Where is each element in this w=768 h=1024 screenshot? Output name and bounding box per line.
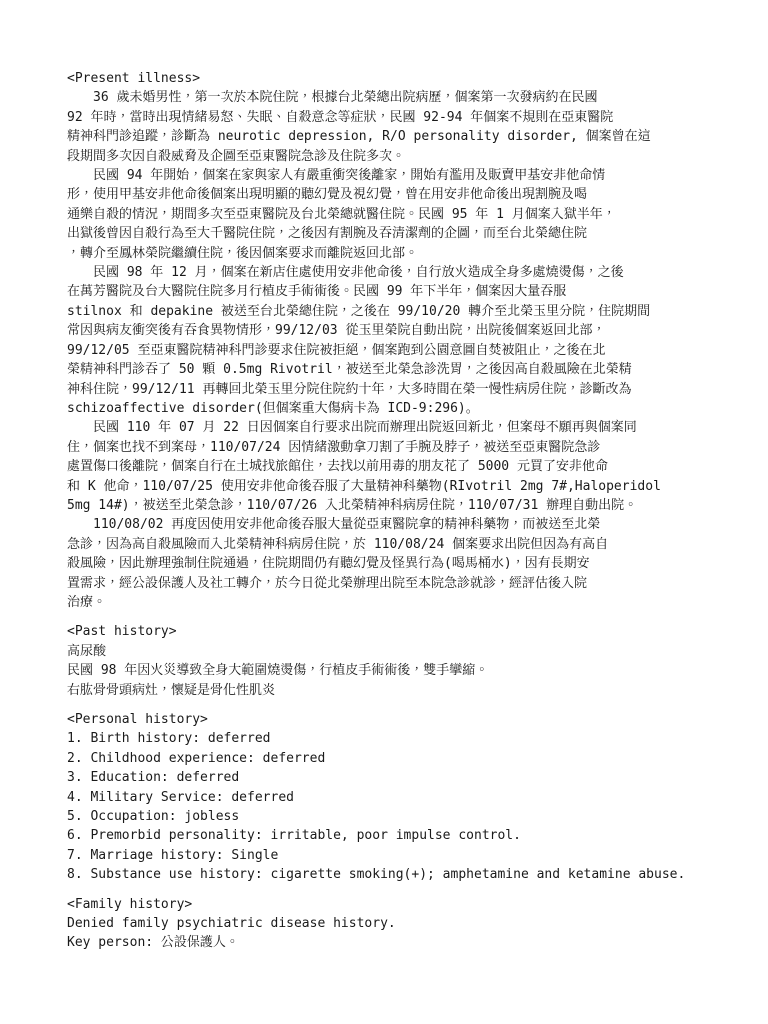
text-line: 7. Marriage history: Single bbox=[67, 846, 744, 865]
text-line: schizoaffective disorder(但個案重大傷病卡為 ICD-9… bbox=[67, 399, 744, 418]
section-personal-history: <Personal history>1. Birth history: defe… bbox=[67, 710, 744, 885]
text-line: 36 歲未婚男性，第一次於本院住院，根據台北榮總出院病歷，個案第一次發病約在民國 bbox=[67, 88, 744, 107]
text-line: 通樂自殺的情況，期間多次至亞東醫院及台北榮總就醫住院。民國 95 年 1 月個案… bbox=[67, 205, 744, 224]
section-present-illness: <Present illness> 36 歲未婚男性，第一次於本院住院，根據台北… bbox=[67, 69, 744, 612]
text-line: 民國 94 年開始，個案在家與家人有嚴重衝突後離家，開始有濫用及販賣甲基安非他命… bbox=[67, 166, 744, 185]
text-line: 出獄後曾因自殺行為至大千醫院住院，之後因有割腕及吞清潔劑的企圖，而至台北榮總住院 bbox=[67, 224, 744, 243]
section-past-history: <Past history>高尿酸民國 98 年因火災導致全身大範圍燒燙傷，行植… bbox=[67, 622, 744, 700]
text-line: ，轉介至鳳林榮院繼續住院，後因個案要求而離院返回北部。 bbox=[67, 244, 744, 263]
section-title-past-history: <Past history> bbox=[67, 622, 744, 641]
section-family-history: <Family history>Denied family psychiatri… bbox=[67, 895, 744, 953]
text-line: 5. Occupation: jobless bbox=[67, 807, 744, 826]
text-line: 4. Military Service: deferred bbox=[67, 788, 744, 807]
text-line: 置需求，經公設保護人及社工轉介，於今日從北榮辦理出院至本院急診就診，經評估後入院 bbox=[67, 574, 744, 593]
text-line: 民國 98 年 12 月，個案在新店住處使用安非他命後，自行放火造成全身多處燒燙… bbox=[67, 263, 744, 282]
text-line: 民國 98 年因火災導致全身大範圍燒燙傷，行植皮手術術後，雙手攣縮。 bbox=[67, 661, 744, 680]
text-line: 2. Childhood experience: deferred bbox=[67, 749, 744, 768]
text-line: 治療。 bbox=[67, 593, 744, 612]
section-title-personal-history: <Personal history> bbox=[67, 710, 744, 729]
text-line: Denied family psychiatric disease histor… bbox=[67, 914, 744, 933]
text-line: 常因與病友衝突後有吞食異物情形，99/12/03 從玉里榮院自動出院，出院後個案… bbox=[67, 321, 744, 340]
text-line: 和 K 他命，110/07/25 使用安非他命後吞服了大量精神科藥物(RIvot… bbox=[67, 477, 744, 496]
text-line: 高尿酸 bbox=[67, 642, 744, 661]
text-line: 99/12/05 至亞東醫院精神科門診要求住院被拒絕，個案跑到公園意圖自焚被阻止… bbox=[67, 341, 744, 360]
text-line: 形，使用甲基安非他命後個案出現明顯的聽幻覺及視幻覺，曾在用安非他命後出現割腕及喝 bbox=[67, 185, 744, 204]
text-line: 92 年時，當時出現情緒易怒、失眠、自殺意念等症狀，民國 92-94 年個案不規… bbox=[67, 108, 744, 127]
text-line: 在萬芳醫院及台大醫院住院多月行植皮手術術後。民國 99 年下半年，個案因大量吞服 bbox=[67, 282, 744, 301]
text-line: 5mg 14#)，被送至北榮急診，110/07/26 入北榮精神科病房住院，11… bbox=[67, 496, 744, 515]
text-line: 急診，因為高自殺風險而入北榮精神科病房住院，於 110/08/24 個案要求出院… bbox=[67, 535, 744, 554]
text-line: 民國 110 年 07 月 22 日因個案自行要求出院而辦理出院返回新北，但案母… bbox=[67, 418, 744, 437]
text-line: 段期間多次因自殺威脅及企圖至亞東醫院急診及住院多次。 bbox=[67, 147, 744, 166]
text-line: 殺風險，因此辦理強制住院通過，住院期間仍有聽幻覺及怪異行為(喝馬桶水)，因有長期… bbox=[67, 554, 744, 573]
text-line: 榮精神科門診吞了 50 顆 0.5mg Rivotril，被送至北榮急診洗胃，之… bbox=[67, 360, 744, 379]
text-line: 8. Substance use history: cigarette smok… bbox=[67, 865, 744, 884]
text-line: 住，個案也找不到案母，110/07/24 因情緒激動拿刀割了手腕及脖子，被送至亞… bbox=[67, 438, 744, 457]
text-line: 處置傷口後離院，個案自行在土城找旅館住，去找以前用毒的朋友花了 5000 元買了… bbox=[67, 457, 744, 476]
text-line: 110/08/02 再度因使用安非他命後吞服大量從亞東醫院拿的精神科藥物，而被送… bbox=[67, 515, 744, 534]
text-line: 6. Premorbid personality: irritable, poo… bbox=[67, 826, 744, 845]
section-title-present-illness: <Present illness> bbox=[67, 69, 744, 88]
text-line: 神科住院，99/12/11 再轉回北榮玉里分院住院約十年，大多時間在榮一慢性病房… bbox=[67, 380, 744, 399]
document-page: <Present illness> 36 歲未婚男性，第一次於本院住院，根據台北… bbox=[0, 0, 768, 1024]
section-title-family-history: <Family history> bbox=[67, 895, 744, 914]
text-line: Key person: 公設保護人。 bbox=[67, 933, 744, 952]
text-line: 右肱骨骨頭病灶，懷疑是骨化性肌炎 bbox=[67, 681, 744, 700]
text-line: 精神科門診追蹤，診斷為 neurotic depression, R/O per… bbox=[67, 127, 744, 146]
text-line: 1. Birth history: deferred bbox=[67, 729, 744, 748]
text-line: stilnox 和 depakine 被送至台北榮總住院，之後在 99/10/2… bbox=[67, 302, 744, 321]
text-line: 3. Education: deferred bbox=[67, 768, 744, 787]
